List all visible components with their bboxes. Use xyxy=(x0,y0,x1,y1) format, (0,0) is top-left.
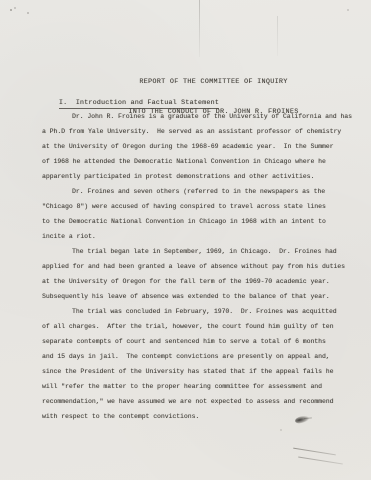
document-line: applied for and had been granted a leave… xyxy=(42,259,354,274)
document-line: of all charges. After the trial, however… xyxy=(42,319,354,334)
document-line: of 1968 he attended the Democratic Natio… xyxy=(42,154,354,169)
document-page: REPORT OF THE COMMITTEE OF INQUIRY INTO … xyxy=(0,0,371,480)
document-line: since the President of the University ha… xyxy=(42,364,354,379)
document-body: Dr. John R. Froines is a graduate of the… xyxy=(42,109,354,424)
document-line: recommendation," we have assumed we are … xyxy=(42,394,354,409)
paper-crease-line-faint xyxy=(277,16,278,56)
paragraph: The trial was concluded in February, 197… xyxy=(42,304,354,424)
document-line: will "refer the matter to the proper hea… xyxy=(42,379,354,394)
pencil-scribble-line xyxy=(293,448,336,456)
paper-crease-line xyxy=(199,0,200,57)
paragraph: The trial began late in September, 1969,… xyxy=(42,244,354,304)
section-heading-text: I. Introduction and Factual Statement xyxy=(59,99,219,109)
document-line: at the University of Oregon for the fall… xyxy=(42,274,354,289)
document-line: apparently participated in protest demon… xyxy=(42,169,354,184)
document-line: separate contempts of court and sentence… xyxy=(42,334,354,349)
title-line-1: REPORT OF THE COMMITTEE OF INQUIRY xyxy=(56,77,371,87)
document-line: a Ph.D from Yale University. He served a… xyxy=(42,124,354,139)
document-line: to the Democratic National Convention in… xyxy=(42,214,354,229)
document-line: and 15 days in jail. The contempt convic… xyxy=(42,349,354,364)
document-line: Subsequently his leave of absence was ex… xyxy=(42,289,354,304)
document-line: The trial was concluded in February, 197… xyxy=(42,304,354,319)
paragraph: Dr. John R. Froines is a graduate of the… xyxy=(42,109,354,184)
document-line: "Chicago 8") were accused of having cons… xyxy=(42,199,354,214)
paragraph: Dr. Froines and seven others (referred t… xyxy=(42,184,354,244)
document-line: incite a riot. xyxy=(42,229,354,244)
pencil-scribble-line xyxy=(298,456,343,464)
paper-speck xyxy=(10,9,12,11)
document-line: Dr. Froines and seven others (referred t… xyxy=(42,184,354,199)
document-line: Dr. John R. Froines is a graduate of the… xyxy=(42,109,354,124)
document-line: The trial began late in September, 1969,… xyxy=(42,244,354,259)
document-line: at the University of Oregon during the 1… xyxy=(42,139,354,154)
